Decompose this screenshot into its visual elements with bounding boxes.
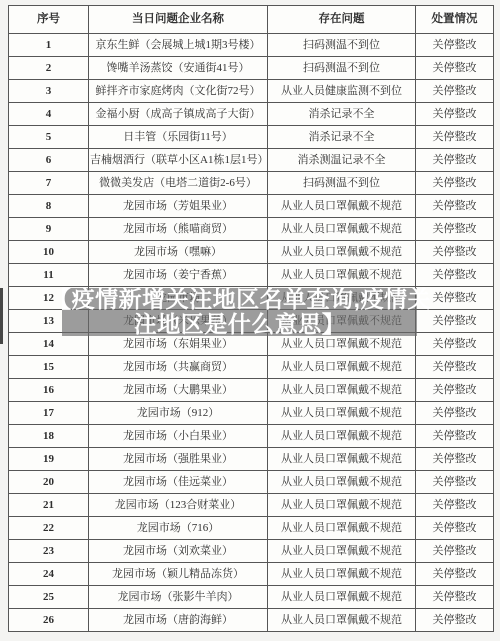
cell-index: 1 <box>9 34 89 57</box>
cell-action: 关停整改 <box>416 149 494 172</box>
cell-index: 3 <box>9 80 89 103</box>
cell-company-name: 龙园市场（大鹏果业） <box>89 379 268 402</box>
cell-company-name: 馋嘴羊汤蒸饺（安通街41号） <box>89 57 268 80</box>
cell-issue: 从业人员口罩佩戴不规范 <box>268 241 416 264</box>
cell-action: 关停整改 <box>416 103 494 126</box>
cell-action: 关停整改 <box>416 172 494 195</box>
cell-index: 7 <box>9 172 89 195</box>
cell-company-name: 龙园市场（芳姐果业） <box>89 195 268 218</box>
cell-company-name: 龙园市场（嘿嘛） <box>89 241 268 264</box>
header-issue: 存在问题 <box>268 6 416 34</box>
cell-action: 关停整改 <box>416 34 494 57</box>
table-row: 22 龙园市场（716） 从业人员口罩佩戴不规范 关停整改 <box>9 517 494 540</box>
cell-company-name: 京东生鲜（会展城上城1期3号楼） <box>89 34 268 57</box>
cell-action: 关停整改 <box>416 379 494 402</box>
table-row: 11 龙园市场（姜宁香蕉） 从业人员口罩佩戴不规范 关停整改 <box>9 264 494 287</box>
table-row: 19 龙园市场（强胜果业） 从业人员口罩佩戴不规范 关停整改 <box>9 448 494 471</box>
cell-index: 19 <box>9 448 89 471</box>
table-row: 18 龙园市场（小白果业） 从业人员口罩佩戴不规范 关停整改 <box>9 425 494 448</box>
cell-company-name: 龙园市场（熊喵商贸） <box>89 218 268 241</box>
table-row: 17 龙园市场（912） 从业人员口罩佩戴不规范 关停整改 <box>9 402 494 425</box>
cell-issue: 从业人员口罩佩戴不规范 <box>268 540 416 563</box>
cell-index: 26 <box>9 609 89 632</box>
table-row: 3 鲜拌齐市家庭烤肉（文化街72号） 从业人员健康监测不到位 关停整改 <box>9 80 494 103</box>
cell-index: 16 <box>9 379 89 402</box>
cell-issue: 从业人员口罩佩戴不规范 <box>268 356 416 379</box>
table-row: 24 龙园市场（颖儿精品冻货） 从业人员口罩佩戴不规范 关停整改 <box>9 563 494 586</box>
cell-company-name: 龙园市场（张影牛羊肉） <box>89 586 268 609</box>
watermark-left-strip <box>0 288 3 344</box>
watermark-text-line1: 【疫情新增关注地区名单查询,疫情关 <box>48 287 431 312</box>
cell-issue: 从业人员口罩佩戴不规范 <box>268 402 416 425</box>
cell-action: 关停整改 <box>416 517 494 540</box>
cell-issue: 从业人员口罩佩戴不规范 <box>268 517 416 540</box>
cell-index: 15 <box>9 356 89 379</box>
cell-index: 11 <box>9 264 89 287</box>
cell-action: 关停整改 <box>416 218 494 241</box>
cell-action: 关停整改 <box>416 356 494 379</box>
cell-company-name: 鲜拌齐市家庭烤肉（文化街72号） <box>89 80 268 103</box>
table-row: 9 龙园市场（熊喵商贸） 从业人员口罩佩戴不规范 关停整改 <box>9 218 494 241</box>
cell-action: 关停整改 <box>416 333 494 356</box>
cell-issue: 扫码测温不到位 <box>268 34 416 57</box>
cell-action: 关停整改 <box>416 57 494 80</box>
cell-action: 关停整改 <box>416 126 494 149</box>
cell-issue: 从业人员口罩佩戴不规范 <box>268 448 416 471</box>
cell-index: 23 <box>9 540 89 563</box>
cell-index: 25 <box>9 586 89 609</box>
table-row: 23 龙园市场（刘欢菜业） 从业人员口罩佩戴不规范 关停整改 <box>9 540 494 563</box>
inspection-report-page: 序号 当日问题企业名称 存在问题 处置情况 1 京东生鲜（会展城上城1期3号楼）… <box>0 0 500 641</box>
table-row: 7 微微美发店（电塔二道街2-6号） 扫码测温不到位 关停整改 <box>9 172 494 195</box>
cell-action: 关停整改 <box>416 586 494 609</box>
cell-index: 10 <box>9 241 89 264</box>
cell-issue: 消杀记录不全 <box>268 126 416 149</box>
header-action: 处置情况 <box>416 6 494 34</box>
cell-action: 关停整改 <box>416 471 494 494</box>
watermark-overlay: 【疫情新增关注地区名单查询,疫情关 注地区是什么意思】 <box>62 288 417 336</box>
cell-index: 17 <box>9 402 89 425</box>
cell-issue: 从业人员口罩佩戴不规范 <box>268 586 416 609</box>
table-row: 8 龙园市场（芳姐果业） 从业人员口罩佩戴不规范 关停整改 <box>9 195 494 218</box>
cell-issue: 消杀测温记录不全 <box>268 149 416 172</box>
table-row: 15 龙园市场（共赢商贸） 从业人员口罩佩戴不规范 关停整改 <box>9 356 494 379</box>
cell-company-name: 龙园市场（刘欢菜业） <box>89 540 268 563</box>
cell-index: 20 <box>9 471 89 494</box>
cell-company-name: 龙园市场（颖儿精品冻货） <box>89 563 268 586</box>
table-row: 5 日丰管（乐园街11号） 消杀记录不全 关停整改 <box>9 126 494 149</box>
cell-issue: 从业人员口罩佩戴不规范 <box>268 494 416 517</box>
table-row: 6 吉楠烟酒行（联草小区A1栋1层1号） 消杀测温记录不全 关停整改 <box>9 149 494 172</box>
cell-company-name: 日丰管（乐园街11号） <box>89 126 268 149</box>
cell-issue: 从业人员口罩佩戴不规范 <box>268 264 416 287</box>
table-row: 25 龙园市场（张影牛羊肉） 从业人员口罩佩戴不规范 关停整改 <box>9 586 494 609</box>
cell-company-name: 吉楠烟酒行（联草小区A1栋1层1号） <box>89 149 268 172</box>
cell-company-name: 龙园市场（姜宁香蕉） <box>89 264 268 287</box>
cell-action: 关停整改 <box>416 540 494 563</box>
table-row: 20 龙园市场（佳远菜业） 从业人员口罩佩戴不规范 关停整改 <box>9 471 494 494</box>
cell-index: 6 <box>9 149 89 172</box>
table-row: 16 龙园市场（大鹏果业） 从业人员口罩佩戴不规范 关停整改 <box>9 379 494 402</box>
cell-issue: 从业人员口罩佩戴不规范 <box>268 218 416 241</box>
cell-issue: 从业人员口罩佩戴不规范 <box>268 609 416 632</box>
cell-company-name: 龙园市场（强胜果业） <box>89 448 268 471</box>
cell-action: 关停整改 <box>416 494 494 517</box>
cell-company-name: 龙园市场（唐韵海鲜） <box>89 609 268 632</box>
cell-company-name: 龙园市场（共赢商贸） <box>89 356 268 379</box>
table-row: 10 龙园市场（嘿嘛） 从业人员口罩佩戴不规范 关停整改 <box>9 241 494 264</box>
cell-index: 22 <box>9 517 89 540</box>
cell-action: 关停整改 <box>416 402 494 425</box>
cell-issue: 扫码测温不到位 <box>268 172 416 195</box>
cell-index: 4 <box>9 103 89 126</box>
cell-index: 18 <box>9 425 89 448</box>
cell-issue: 消杀记录不全 <box>268 103 416 126</box>
cell-index: 2 <box>9 57 89 80</box>
cell-action: 关停整改 <box>416 195 494 218</box>
table-row: 2 馋嘴羊汤蒸饺（安通街41号） 扫码测温不到位 关停整改 <box>9 57 494 80</box>
cell-index: 21 <box>9 494 89 517</box>
cell-company-name: 微微美发店（电塔二道街2-6号） <box>89 172 268 195</box>
cell-index: 5 <box>9 126 89 149</box>
cell-issue: 从业人员口罩佩戴不规范 <box>268 471 416 494</box>
cell-action: 关停整改 <box>416 425 494 448</box>
cell-company-name: 龙园市场（小白果业） <box>89 425 268 448</box>
cell-company-name: 龙园市场（716） <box>89 517 268 540</box>
cell-company-name: 金福小厨（成高子镇成高子大街） <box>89 103 268 126</box>
cell-action: 关停整改 <box>416 448 494 471</box>
header-index: 序号 <box>9 6 89 34</box>
cell-index: 8 <box>9 195 89 218</box>
cell-company-name: 龙园市场（123合财菜业） <box>89 494 268 517</box>
cell-company-name: 龙园市场（佳远菜业） <box>89 471 268 494</box>
header-company-name: 当日问题企业名称 <box>89 6 268 34</box>
cell-action: 关停整改 <box>416 563 494 586</box>
cell-action: 关停整改 <box>416 310 494 333</box>
table-row: 26 龙园市场（唐韵海鲜） 从业人员口罩佩戴不规范 关停整改 <box>9 609 494 632</box>
cell-action: 关停整改 <box>416 609 494 632</box>
cell-index: 24 <box>9 563 89 586</box>
cell-issue: 从业人员口罩佩戴不规范 <box>268 563 416 586</box>
cell-issue: 扫码测温不到位 <box>268 57 416 80</box>
cell-action: 关停整改 <box>416 241 494 264</box>
table-row: 1 京东生鲜（会展城上城1期3号楼） 扫码测温不到位 关停整改 <box>9 34 494 57</box>
cell-issue: 从业人员口罩佩戴不规范 <box>268 379 416 402</box>
cell-action: 关停整改 <box>416 80 494 103</box>
cell-issue: 从业人员健康监测不到位 <box>268 80 416 103</box>
cell-action: 关停整改 <box>416 264 494 287</box>
cell-issue: 从业人员口罩佩戴不规范 <box>268 425 416 448</box>
cell-index: 9 <box>9 218 89 241</box>
cell-issue: 从业人员口罩佩戴不规范 <box>268 195 416 218</box>
table-row: 21 龙园市场（123合财菜业） 从业人员口罩佩戴不规范 关停整改 <box>9 494 494 517</box>
table-header-row: 序号 当日问题企业名称 存在问题 处置情况 <box>9 6 494 34</box>
watermark-text-line2: 注地区是什么意思】 <box>134 312 346 337</box>
cell-company-name: 龙园市场（912） <box>89 402 268 425</box>
table-row: 4 金福小厨（成高子镇成高子大街） 消杀记录不全 关停整改 <box>9 103 494 126</box>
